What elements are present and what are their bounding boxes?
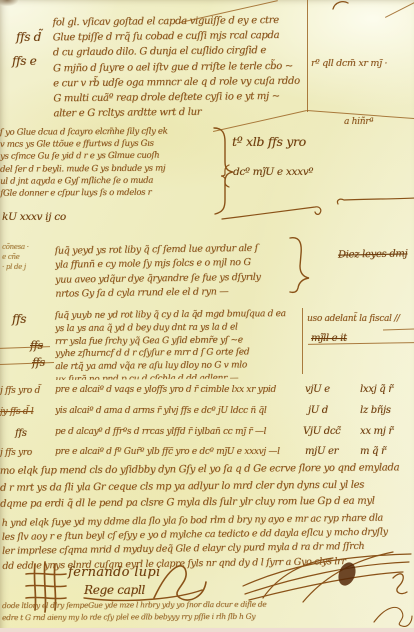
signature-name: fernando lupi (68, 565, 160, 580)
margin-mark-1: ffs d̃ (16, 30, 41, 44)
struck-annotation-1: Diez leyes dmj (338, 248, 408, 260)
row-label: ffs (15, 428, 27, 439)
row-amount-2: xx mj r̃ (360, 426, 414, 437)
row-amount-2: lxxj q̃ r̃ (360, 384, 414, 395)
row-text: pre e alcaiº d fº Gur̃º ylb ffc̃ yro e d… (55, 447, 301, 457)
amount-annotation-1: rº qll dcm̃ xr mj̃ · (311, 58, 387, 69)
row-label: jy ffs d̃ l (0, 407, 33, 417)
amount-annotation-2a: tº xlb ffs yro (232, 134, 306, 149)
row-label: j ffs yro d̃ (0, 386, 40, 396)
margin-mark-3: ffs (12, 312, 26, 326)
margin-scribbles: cõnesa ·e cñe· pl de j (2, 242, 54, 274)
paragraph-1: fol gl. vſicav goſtad el capda viguiſſe … (52, 13, 305, 126)
paragraph-4: ſuq̃ yuyb ne yd rot liby q̃ cy d la q̃d … (55, 308, 298, 380)
margin-strike-rule-2 (0, 362, 54, 365)
paragraph-5: mo elqk ſup mend cls do yſidbby dyn Gſy … (0, 460, 414, 516)
corner-smudge (0, 0, 18, 6)
footer-lines: dode ltlory el dlry ſempeGue yde mze l h… (2, 598, 414, 626)
fiscal-note-rule (383, 328, 414, 330)
rubric-flourish (243, 548, 413, 603)
footer-end-flourish (372, 602, 414, 628)
paragraph-2: ſ yo Glue dcua d ſcayro elcm̃he ſily cſl… (0, 125, 215, 204)
signature-title: Rege capll (84, 583, 145, 597)
row-amount-1: jU d (308, 405, 328, 416)
fiscal-note: uso adelant̃ la fiscal // (307, 314, 400, 324)
paragraph-3: ſuq̃ yeyd ys rot liby q̃ cſ ſemd lue ayr… (55, 241, 291, 304)
small-brace (221, 164, 231, 188)
alibi-note: a hiñrª (344, 117, 373, 127)
vertical-rule-2 (302, 308, 303, 374)
row-amount-2: lz bñjs (360, 405, 414, 416)
vertical-rule-1 (307, 0, 308, 112)
margin-mark-2: ffs e (12, 54, 36, 68)
amount-annotation-2b: dcº mj̃U e xxxvº (233, 166, 313, 178)
margin-amount-2: kU xxxv ij co (2, 211, 66, 223)
row-amount-1: vjU e (305, 384, 330, 395)
row-amount-1: VjU dcc̃ (303, 426, 340, 437)
row-amount-1: mjU er (305, 446, 338, 457)
manuscript-page: ffs d̃ ffs e fol gl. vſicav goſtad el ca… (0, 0, 414, 632)
row-text: pe d alcayº d ffrºs d rrcas ylffd̃ r̃ iy… (55, 427, 301, 437)
diagonal-rule-topright (385, 2, 414, 18)
row-label: j ffs yro (0, 448, 32, 458)
section-divider-braces (220, 196, 414, 224)
row-text: yis alcaiº d ama d arms r̃ ylvj ffs e dc… (55, 406, 301, 416)
closing-bracket-2 (288, 236, 310, 294)
bottom-scan-strip (0, 628, 414, 632)
top-curl-mark (332, 0, 350, 10)
row-text: pre e alcaiº d vaqs e yloffs yro d r̃ ci… (55, 385, 301, 395)
row-amount-2: m q̃ r̃ (360, 446, 414, 457)
